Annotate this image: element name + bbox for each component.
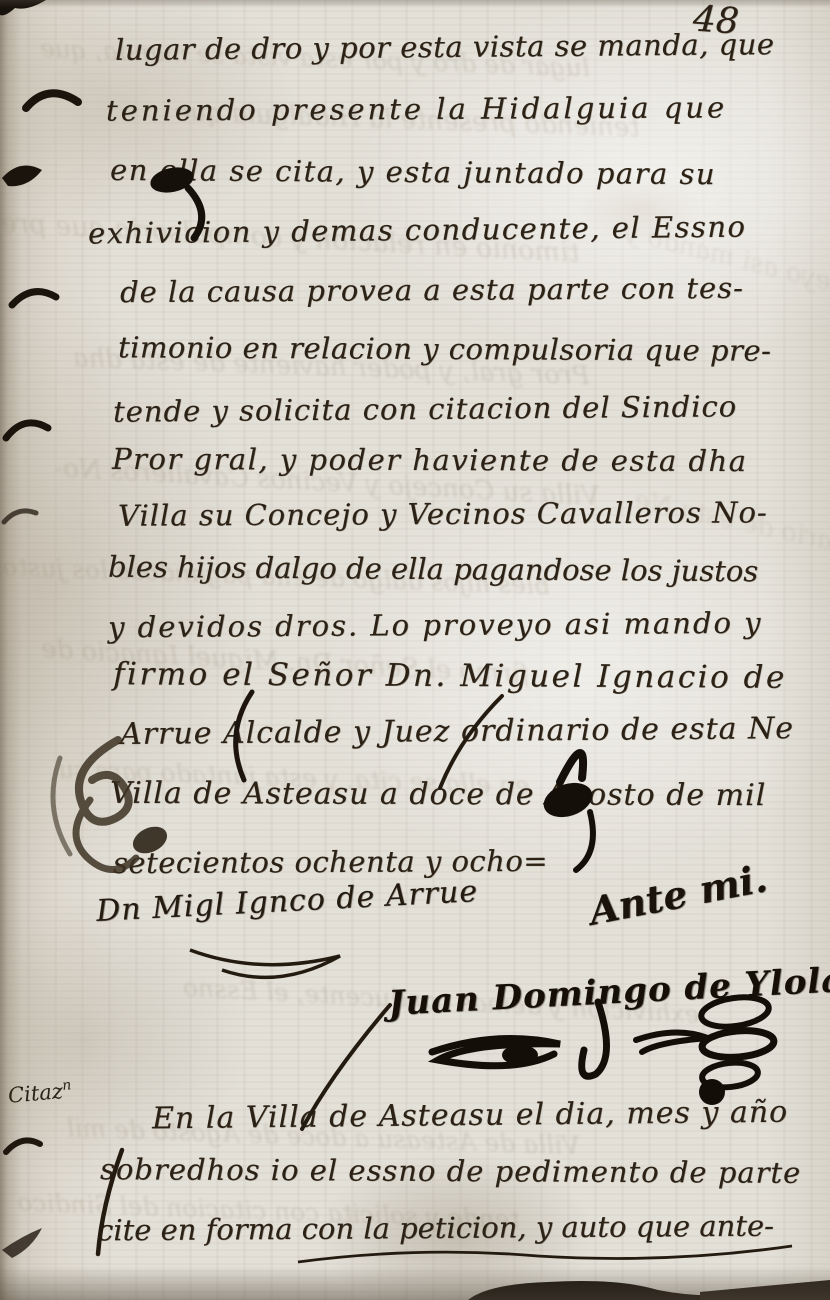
manuscript-line: firmo el Señor Dn. Miguel Ignacio de xyxy=(113,656,787,696)
manuscript-page: lugar de dro y por esta vista se manda, … xyxy=(0,0,830,1300)
manuscript-line: setecientos ochenta y ocho= xyxy=(113,844,548,880)
manuscript-line: tende y solicita con citacion del Sindic… xyxy=(113,389,737,428)
manuscript-line: Arrue Alcalde y Juez ordinario de esta N… xyxy=(120,711,794,752)
margin-note-text: Citaz xyxy=(7,1079,64,1108)
manuscript-line: timonio en relacion y compulsoria que pr… xyxy=(118,330,772,367)
page-edge-bottom xyxy=(0,1266,830,1300)
manuscript-line: sobredhos io el essno de pedimento de pa… xyxy=(100,1152,801,1190)
margin-note-citacion: Citazn xyxy=(7,1077,73,1107)
manuscript-line: lugar de dro y por esta vista se manda, … xyxy=(115,27,775,67)
corner-blot xyxy=(0,0,46,15)
manuscript-line: En la Villa de Asteasu el dia, mes y año xyxy=(152,1095,788,1137)
manuscript-line: en ella se cita, y esta juntado para su xyxy=(110,153,716,191)
manuscript-line: Pror gral, y poder haviente de esta dha xyxy=(112,442,748,478)
manuscript-line: Villa de Asteasu a doce de Agosto de mil xyxy=(110,776,766,813)
manuscript-line: Villa su Concejo y Vecinos Cavalleros No… xyxy=(118,495,768,532)
signature-escribano: Juan Domingo de Ylola xyxy=(387,960,830,1024)
manuscript-line: teniendo presente la Hidalguia que xyxy=(106,90,727,127)
margin-note-superscript: n xyxy=(62,1077,72,1094)
manuscript-line: exhivicion y demas conducente, el Essno xyxy=(88,210,747,251)
manuscript-line: cite en forma con la peticion, y auto qu… xyxy=(97,1209,774,1248)
signature-alcalde: Dn Migl Ignco de Arrue xyxy=(95,874,479,929)
manuscript-line: bles hijos dalgo de ella pagandose los j… xyxy=(108,550,758,589)
manuscript-line: y devidos dros. Lo proveyo asi mando y xyxy=(108,606,763,645)
bottom-tear-shadow xyxy=(468,1281,830,1300)
closing-flourish-line xyxy=(298,1246,792,1262)
attestation-ante-mi: Ante mi. xyxy=(585,855,770,934)
rubric-alcalde xyxy=(190,950,340,977)
manuscript-line: de la causa provea a esta parte con tes- xyxy=(120,271,744,309)
